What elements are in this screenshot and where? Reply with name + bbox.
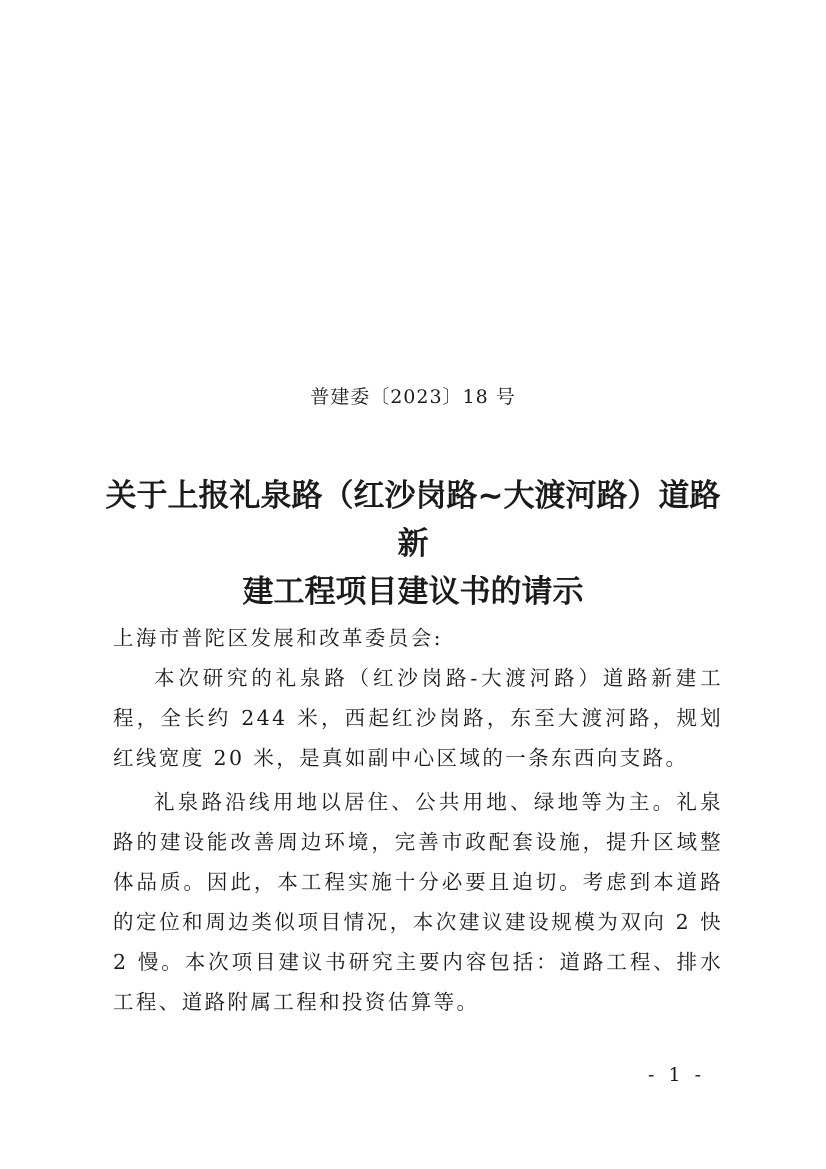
paragraph: 本次研究的礼泉路（红沙岗路-大渡河路）道路新建工程，全长约 244 米，西起红沙…: [113, 658, 723, 778]
title-line-1: 关于上报礼泉路（红沙岗路~大渡河路）道路新: [100, 472, 726, 568]
document-number: 普建委〔2023〕18 号: [0, 382, 826, 409]
document-body: 上海市普陀区发展和改革委员会: 本次研究的礼泉路（红沙岗路-大渡河路）道路新建工…: [113, 618, 723, 1022]
page-number: - 1 -: [648, 1064, 705, 1086]
title-line-2: 建工程项目建议书的请示: [100, 568, 726, 616]
document-title: 关于上报礼泉路（红沙岗路~大渡河路）道路新 建工程项目建议书的请示: [100, 472, 726, 616]
paragraph: 礼泉路沿线用地以居住、公共用地、绿地等为主。礼泉路的建设能改善周边环境，完善市政…: [113, 782, 723, 1022]
salutation: 上海市普陀区发展和改革委员会:: [113, 618, 723, 658]
